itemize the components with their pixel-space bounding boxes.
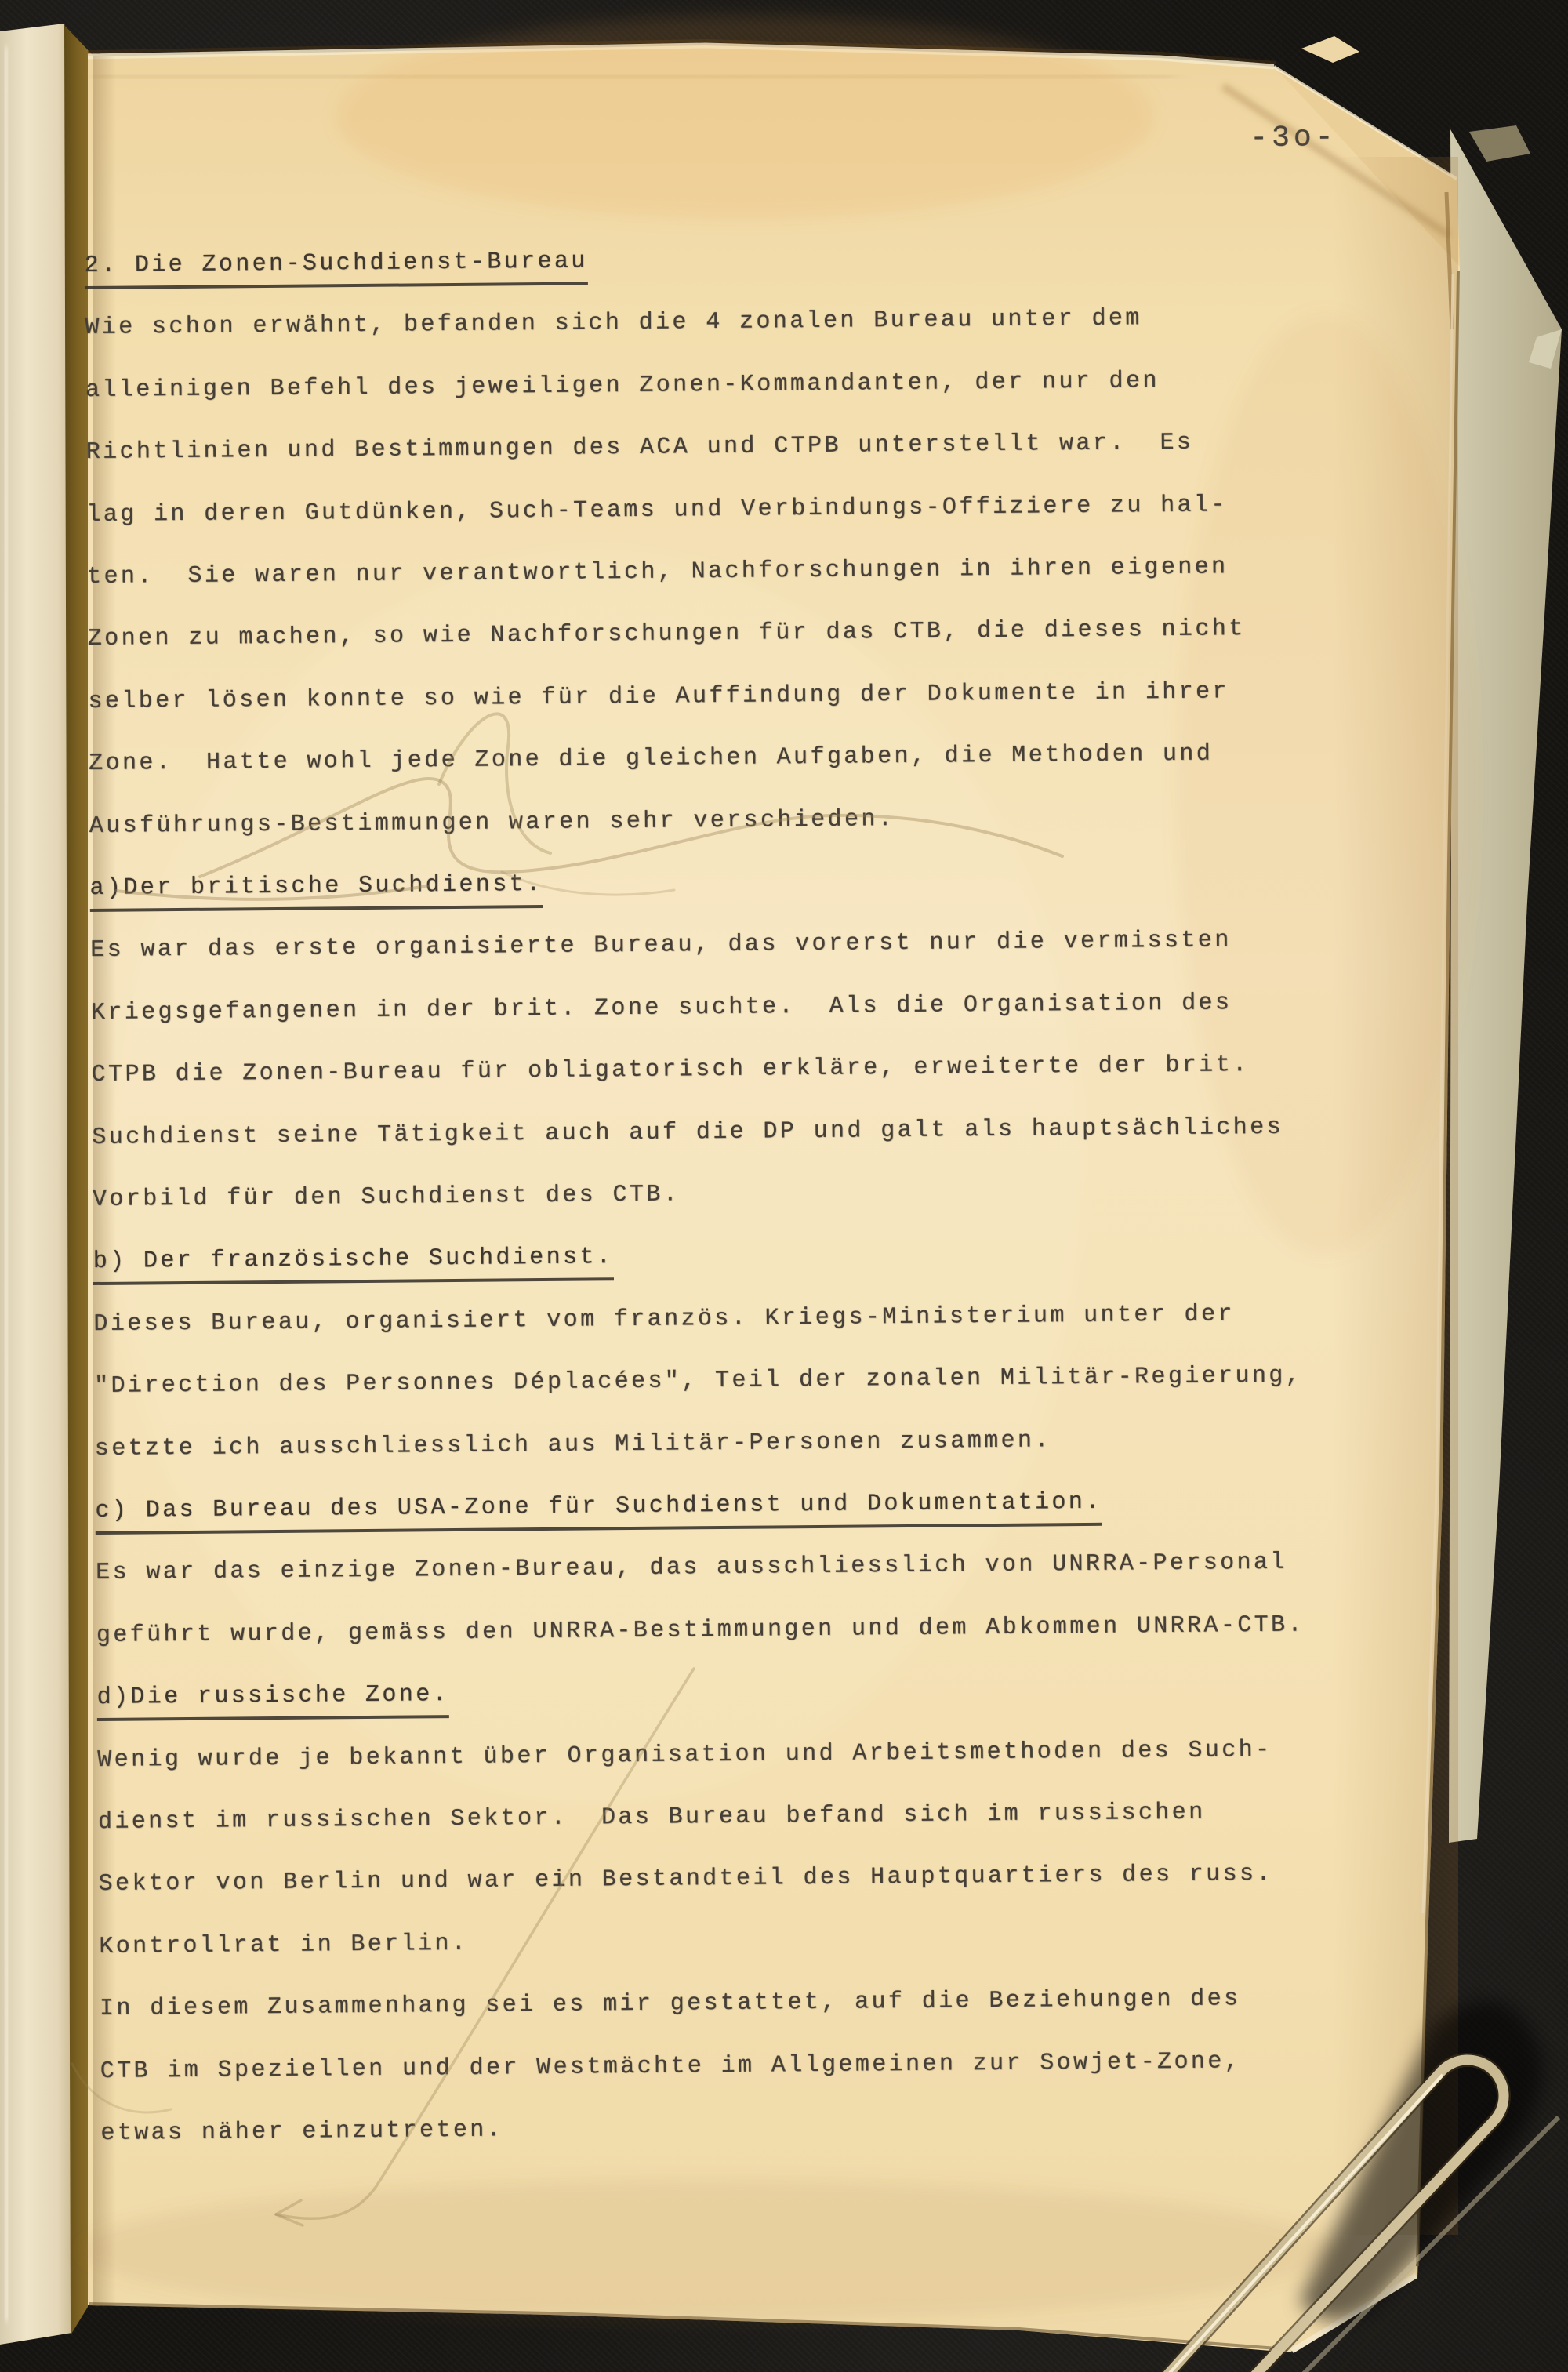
overlay-graphics — [0, 0, 1568, 2372]
scanned-document-photo: -3o- 2. Die Zonen-Suchdienst-BureauWie s… — [0, 0, 1568, 2372]
pencil-annotations — [72, 714, 1062, 2225]
paperclip — [1167, 2000, 1565, 2372]
